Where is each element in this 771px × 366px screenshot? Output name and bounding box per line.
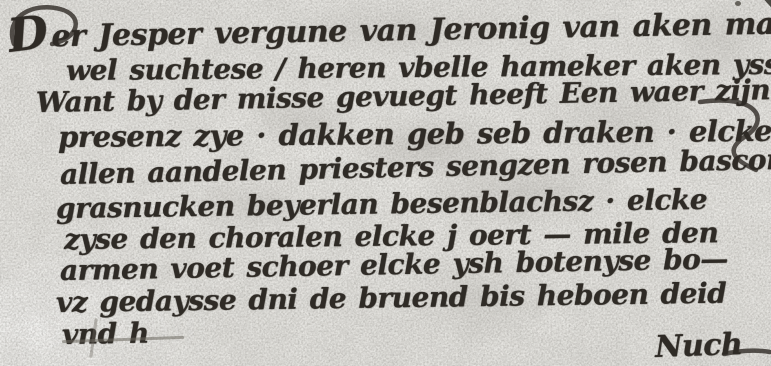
manuscript-line: vnd h [62, 316, 149, 351]
manuscript-line-text: er Jesper vergune van Jeronig van aken m… [51, 5, 771, 54]
manuscript-line: Der Jesper vergune van Jeronig van aken … [8, 1, 771, 55]
handwriting-layer: Der Jesper vergune van Jeronig van aken … [0, 0, 771, 366]
manuscript-scan: Der Jesper vergune van Jeronig van aken … [0, 0, 771, 366]
drop-cap-initial: D [6, 16, 49, 51]
ink-speck [735, 1, 741, 6]
signature-word: Nuch [654, 327, 742, 365]
